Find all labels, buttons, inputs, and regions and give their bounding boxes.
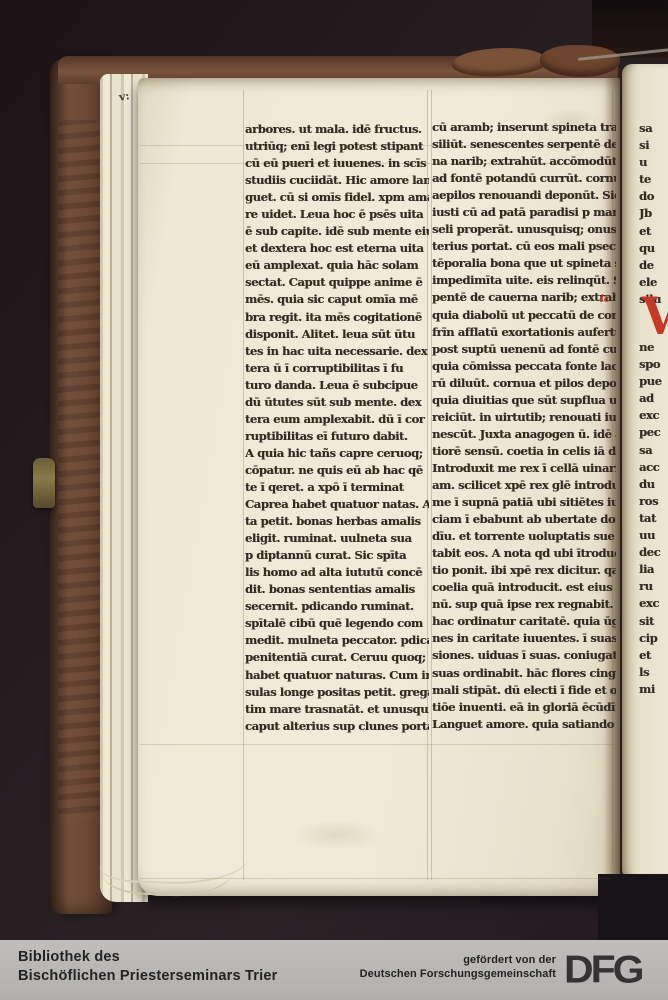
manuscript-text-line: caput alterius sup clunes portat. bbox=[245, 718, 429, 735]
manuscript-text-line: reiciūt. in uirtutib; renouati iuue bbox=[432, 409, 616, 426]
manuscript-text-line: sectat. Caput quippe anime ē bbox=[245, 274, 429, 291]
facing-text-fragment: qu bbox=[639, 240, 668, 257]
manuscript-text-line: siones. uiduas ī suas. coniugatos in bbox=[432, 647, 616, 664]
manuscript-text-line: seli properāt. unusquisq; onus al bbox=[432, 221, 616, 238]
funding-line1: gefördert von der bbox=[360, 953, 556, 967]
facing-text-fragment: du bbox=[639, 476, 668, 493]
facing-text-fragment: cip bbox=[639, 630, 668, 647]
facing-text-fragment: tat bbox=[639, 510, 668, 527]
manuscript-text-line: impedimīta uite. eis relinqūt. Ser bbox=[432, 272, 616, 289]
facing-text-fragment: exc bbox=[639, 595, 668, 612]
manuscript-text-line: lis homo ad alta iututū concē bbox=[245, 564, 429, 581]
parchment-stain bbox=[292, 820, 382, 850]
ruling-line-horizontal bbox=[140, 744, 618, 745]
manuscript-text-line: tiorē sensū. coetia in celis iā dicit bbox=[432, 443, 616, 460]
manuscript-text-line: siliūt. senescentes serpentē decauer bbox=[432, 136, 616, 153]
facing-text-fragment: uu bbox=[639, 527, 668, 544]
facing-text-fragment: te bbox=[639, 171, 668, 188]
facing-text-fragment: lia bbox=[639, 561, 668, 578]
facing-text-fragment: do bbox=[639, 188, 668, 205]
facing-text-fragment: ros bbox=[639, 493, 668, 510]
manuscript-text-line: ad fontē potandū currūt. cornua bbox=[432, 170, 616, 187]
rubric-gutter-mark: ic bbox=[600, 294, 610, 305]
manuscript-text-line: te ī qeret. a xpō ī terminat bbox=[245, 479, 429, 496]
manuscript-text-line: terius portat. cū eos mali psecūt bbox=[432, 238, 616, 255]
dfg-logo: DFG bbox=[564, 947, 642, 992]
facing-text-fragment: si bbox=[639, 137, 668, 154]
manuscript-text-line: hac ordinatur caritatē. quia ūgī bbox=[432, 613, 616, 630]
manuscript-text-line: re uidet. Leua hoc ē psēs uita bbox=[245, 206, 429, 223]
facing-page-text-top: sasiutedoJbetqudeelesilu bbox=[639, 120, 668, 308]
facing-text-fragment: dec bbox=[639, 544, 668, 561]
manuscript-text-line: disponit. Alitet. leua sūt ūtu bbox=[245, 326, 429, 343]
facing-text-fragment: ru bbox=[639, 578, 668, 595]
manuscript-text-line: habet quatuor naturas. Cum in bbox=[245, 667, 429, 684]
manuscript-text-line: post suptū uenenū ad fontē currūt bbox=[432, 341, 616, 358]
library-banner: Bibliothek des Bischöflichen Priestersem… bbox=[0, 940, 668, 1000]
manuscript-text-line: rū diluūt. cornua et pilos deponūt. bbox=[432, 375, 616, 392]
manuscript-text-line: cū eū pueri et iuuenes. in scīs bbox=[245, 155, 429, 172]
manuscript-text-line: guet. cū si omīs fidel. xpm ama bbox=[245, 189, 429, 206]
manuscript-text-line: Languet amore. quia satiando ū bbox=[432, 716, 616, 733]
facing-text-fragment: ne bbox=[639, 339, 668, 356]
manuscript-text-line: ta petit. bonas herbas amalis bbox=[245, 513, 429, 530]
facing-text-fragment: mi bbox=[639, 681, 668, 698]
manuscript-text-line: cōpatur. ne quis eū ab hac qē bbox=[245, 462, 429, 479]
manuscript-text-line: sulas longe positas petit. grega bbox=[245, 684, 429, 701]
manuscript-text-line: arbores. ut mala. idē fructus. bbox=[245, 121, 429, 138]
library-name-line2: Bischöflichen Priesterseminars Trier bbox=[18, 967, 277, 986]
facing-text-fragment: u bbox=[639, 154, 668, 171]
manuscript-text-line: quia diuitias que sūt supflua uite bbox=[432, 392, 616, 409]
facing-text-fragment: Jb bbox=[639, 205, 668, 222]
facing-text-fragment: de bbox=[639, 257, 668, 274]
manuscript-text-line: tes in hac uita necessarie. dex bbox=[245, 343, 429, 360]
manuscript-text-line: na narib; extrahūt. accōmodūt bbox=[432, 153, 616, 170]
manuscript-text-line: tiōe inuenti. eā in gloriā ēcūdīt bbox=[432, 699, 616, 716]
manuscript-text-line: ruptibilitas eī futuro dabit. bbox=[245, 428, 429, 445]
manuscript-text-line: medit. mulneta peccator. pdicamen bbox=[245, 632, 429, 649]
manuscript-text-line: dīu. et torrente uoluptatis sue po bbox=[432, 528, 616, 545]
manuscript-text-line: pentē de cauerna narib; extrahūt bbox=[432, 289, 616, 306]
manuscript-text-line: secernit. pdicando ruminat. bbox=[245, 598, 429, 615]
manuscript-text-line: studiis cuciidāt. Hic amore lan bbox=[245, 172, 429, 189]
library-name-line1: Bibliothek des bbox=[18, 948, 277, 967]
facing-text-fragment: ls bbox=[639, 664, 668, 681]
facing-text-fragment: sit bbox=[639, 613, 668, 630]
manuscript-text-line: frīn afflatū exortationis aufertur bbox=[432, 324, 616, 341]
manuscript-text-line: am. scilicet xpē rex glē introduxi bbox=[432, 477, 616, 494]
manuscript-text-line: tio ponit. ibi xpē rex dicitur. qa bbox=[432, 562, 616, 579]
manuscript-text-line: tera ū ī corruptibilitas ī fu bbox=[245, 360, 429, 377]
manuscript-text-line: quia cōmissa peccata fonte lacrima bbox=[432, 358, 616, 375]
manuscript-text-line: Introduxit me rex ī cellā uinari bbox=[432, 460, 616, 477]
funding-credit: gefördert von der Deutschen Forschungsge… bbox=[360, 953, 556, 981]
ruling-line-vertical bbox=[243, 90, 244, 880]
margin-mark: v: bbox=[118, 89, 131, 104]
manuscript-text-line: bra regit. ita mēs cogitationē bbox=[245, 309, 429, 326]
facing-text-fragment: sa bbox=[639, 442, 668, 459]
library-name: Bibliothek des Bischöflichen Priestersem… bbox=[18, 948, 277, 986]
manuscript-text-line: ē sub capite. idē sub mente eius bbox=[245, 223, 429, 240]
manuscript-text-line: Caprea habet quatuor natas. Al bbox=[245, 496, 429, 513]
book-clasp bbox=[33, 458, 55, 508]
manuscript-text-line: penitentiā curat. Ceruu quoq; bbox=[245, 649, 429, 666]
manuscript-text-line: aepilos renouandi deponūt. Sic bbox=[432, 187, 616, 204]
manuscript-text-line: tēporalia bona que ut spineta sūt bbox=[432, 255, 616, 272]
manuscript-text-line: p diptannū curat. Sic spīta bbox=[245, 547, 429, 564]
manuscript-text-line: suas ordinabit. hāc flores cingūt bbox=[432, 665, 616, 682]
funding-line2: Deutschen Forschungsgemeinschaft bbox=[360, 967, 556, 981]
rubric-initial-v: V bbox=[642, 287, 668, 345]
manuscript-text-line: quia diabolū ut peccatū de corde bbox=[432, 307, 616, 324]
facing-text-fragment: pue bbox=[639, 373, 668, 390]
facing-page-text-bottom: nespopueadexcpecsaaccdurostatuudecliarue… bbox=[639, 339, 668, 698]
manuscript-text-line: nū. sup quā ipse rex regnabit. In bbox=[432, 596, 616, 613]
facing-text-fragment: et bbox=[639, 647, 668, 664]
manuscript-text-line: mēs. quia sic caput omīa mē bbox=[245, 291, 429, 308]
manuscript-text-line: tim mare trasnatāt. et unusquisq; bbox=[245, 701, 429, 718]
manuscript-text-line: cū aramb; inserunt spineta tran bbox=[432, 119, 616, 136]
manuscript-text-line: et dextera hoc est eterna uita bbox=[245, 240, 429, 257]
facing-text-fragment: ad bbox=[639, 390, 668, 407]
manuscript-text-line: tera eum amplexabit. dū ī cor bbox=[245, 411, 429, 428]
manuscript-text-line: dit. bonas sententias amalis bbox=[245, 581, 429, 598]
facing-text-fragment: acc bbox=[639, 459, 668, 476]
manuscript-text-line: A quia hic tañs capre ceruoq; bbox=[245, 445, 429, 462]
facing-text-fragment: exc bbox=[639, 407, 668, 424]
text-column-right: cū aramb; inserunt spineta transiliūt. s… bbox=[432, 119, 616, 733]
manuscript-text-line: tabit eos. A nota qd ubi ītroduc bbox=[432, 545, 616, 562]
book-spine-texture bbox=[58, 120, 102, 820]
facing-text-fragment: pec bbox=[639, 424, 668, 441]
manuscript-text-line: nes in caritate iuuentes. ī suas mā bbox=[432, 630, 616, 647]
shadow-bottom-right bbox=[598, 874, 668, 942]
text-column-left: arbores. ut mala. idē fructus.utriūq; en… bbox=[245, 121, 429, 735]
manuscript-text-line: ciam ī ebabunt ab ubertate domī bbox=[432, 511, 616, 528]
manuscript-text-line: mali stipāt. dū electi ī fide et opa bbox=[432, 682, 616, 699]
manuscript-text-line: eū amplexat. quia hāc solam bbox=[245, 257, 429, 274]
manuscript-text-line: coelia quā introducit. est eius reg bbox=[432, 579, 616, 596]
ruling-line-horizontal bbox=[140, 878, 610, 879]
manuscript-photo: v: arbores. ut mala. idē fructus.utriūq;… bbox=[0, 0, 668, 1000]
manuscript-text-line: utriūq; enī legi potest stipant bbox=[245, 138, 429, 155]
manuscript-text-line: turo danda. Leua ē subcipue bbox=[245, 377, 429, 394]
manuscript-text-line: me ī supnā patiā ubi sitiētes iusti bbox=[432, 494, 616, 511]
manuscript-text-line: spītalē cibū quē legendo com bbox=[245, 615, 429, 632]
facing-text-fragment: et bbox=[639, 223, 668, 240]
manuscript-text-line: dū ūtutes sūt sub mente. dex bbox=[245, 394, 429, 411]
facing-text-fragment: sa bbox=[639, 120, 668, 137]
manuscript-text-line: nescūt. Juxta anagogen ū. idē al bbox=[432, 426, 616, 443]
manuscript-text-line: eligit. ruminat. uulneta sua bbox=[245, 530, 429, 547]
manuscript-text-line: iusti cū ad patā paradisi p mar bbox=[432, 204, 616, 221]
facing-text-fragment: spo bbox=[639, 356, 668, 373]
